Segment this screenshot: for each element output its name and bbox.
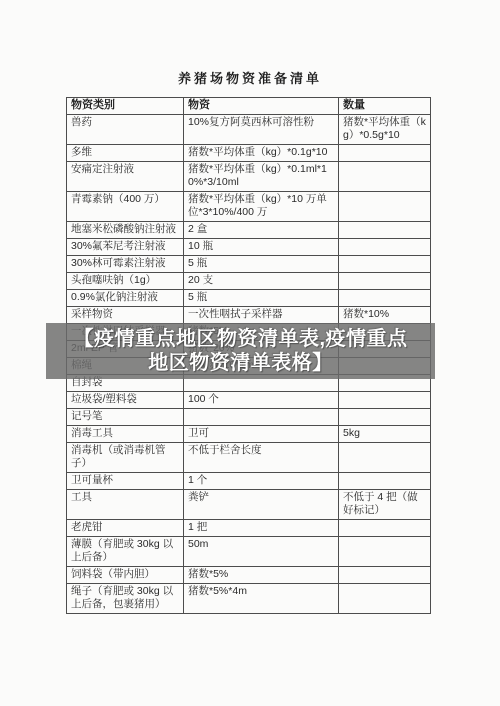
item-cell: 猪数*5%*4m	[184, 584, 339, 614]
item-cell	[184, 409, 339, 426]
category-cell: 饲料袋（带内胆）	[67, 567, 184, 584]
category-cell: 多维	[67, 145, 184, 162]
category-cell: 30%氟苯尼考注射液	[67, 239, 184, 256]
item-cell: 5 瓶	[184, 290, 339, 307]
header-quantity: 数量	[339, 98, 431, 115]
category-cell: 采样物资	[67, 307, 184, 324]
item-cell: 1 把	[184, 520, 339, 537]
item-cell: 20 支	[184, 273, 339, 290]
quantity-cell: 5kg	[339, 426, 431, 443]
quantity-cell	[339, 567, 431, 584]
category-cell: 30%林可霉素注射液	[67, 256, 184, 273]
header-category: 物资类别	[67, 98, 184, 115]
item-cell: 粪铲	[184, 490, 339, 520]
item-cell: 1 个	[184, 473, 339, 490]
item-cell: 2 盒	[184, 222, 339, 239]
quantity-cell	[339, 537, 431, 567]
category-cell: 卫可量杯	[67, 473, 184, 490]
page-title: 养猪场物资准备清单	[0, 68, 500, 87]
table-row: 饲料袋（带内胆）猪数*5%	[67, 567, 431, 584]
table-row: 兽药10%复方阿莫西林可溶性粉猪数*平均体重（kg）*0.5g*10	[67, 115, 431, 145]
table-row: 地塞米松磷酸钠注射液2 盒	[67, 222, 431, 239]
quantity-cell	[339, 290, 431, 307]
quantity-cell	[339, 520, 431, 537]
quantity-cell	[339, 162, 431, 192]
quantity-cell	[339, 273, 431, 290]
item-cell: 100 个	[184, 392, 339, 409]
category-cell: 绳子（育肥或 30kg 以上后备，包裹猪用）	[67, 584, 184, 614]
quantity-cell: 猪数*平均体重（kg）*0.5g*10	[339, 115, 431, 145]
category-cell: 记号笔	[67, 409, 184, 426]
watermark-text-line1: 【疫情重点地区物资清单表,疫情重点	[73, 327, 407, 351]
item-cell: 一次性咽拭子采样器	[184, 307, 339, 324]
category-cell: 地塞米松磷酸钠注射液	[67, 222, 184, 239]
category-cell: 垃圾袋/塑料袋	[67, 392, 184, 409]
table-row: 消毒机（或消毒机管子）不低于栏舍长度	[67, 443, 431, 473]
table-row: 卫可量杯1 个	[67, 473, 431, 490]
item-cell: 5 瓶	[184, 256, 339, 273]
item-cell: 10%复方阿莫西林可溶性粉	[184, 115, 339, 145]
table-row: 消毒工具卫可5kg	[67, 426, 431, 443]
quantity-cell	[339, 192, 431, 222]
table-row: 薄膜（育肥或 30kg 以上后备）50m	[67, 537, 431, 567]
table-row: 青霉素钠（400 万）猪数*平均体重（kg）*10 万单位*3*10%/400 …	[67, 192, 431, 222]
table-row: 30%氟苯尼考注射液10 瓶	[67, 239, 431, 256]
table-row: 30%林可霉素注射液5 瓶	[67, 256, 431, 273]
item-cell: 不低于栏舍长度	[184, 443, 339, 473]
category-cell: 兽药	[67, 115, 184, 145]
quantity-cell	[339, 239, 431, 256]
category-cell: 工具	[67, 490, 184, 520]
table-row: 头孢噻呋钠（1g）20 支	[67, 273, 431, 290]
table-row: 记号笔	[67, 409, 431, 426]
table-header-row: 物资类别 物资 数量	[67, 98, 431, 115]
item-cell: 猪数*平均体重（kg）*0.1ml*10%*3/10ml	[184, 162, 339, 192]
table-row: 安痛定注射液猪数*平均体重（kg）*0.1ml*10%*3/10ml	[67, 162, 431, 192]
table-row: 垃圾袋/塑料袋100 个	[67, 392, 431, 409]
item-cell: 50m	[184, 537, 339, 567]
table-row: 采样物资一次性咽拭子采样器猪数*10%	[67, 307, 431, 324]
quantity-cell	[339, 256, 431, 273]
category-cell: 消毒机（或消毒机管子）	[67, 443, 184, 473]
table-row: 0.9%氯化钠注射液5 瓶	[67, 290, 431, 307]
category-cell: 安痛定注射液	[67, 162, 184, 192]
category-cell: 0.9%氯化钠注射液	[67, 290, 184, 307]
quantity-cell	[339, 443, 431, 473]
item-cell: 猪数*平均体重（kg）*0.1g*10	[184, 145, 339, 162]
quantity-cell	[339, 392, 431, 409]
table-row: 老虎钳1 把	[67, 520, 431, 537]
watermark-text-line2: 地区物资清单表格】	[148, 351, 333, 375]
item-cell: 卫可	[184, 426, 339, 443]
item-cell: 猪数*平均体重（kg）*10 万单位*3*10%/400 万	[184, 192, 339, 222]
table-row: 绳子（育肥或 30kg 以上后备，包裹猪用）猪数*5%*4m	[67, 584, 431, 614]
quantity-cell	[339, 584, 431, 614]
category-cell: 青霉素钠（400 万）	[67, 192, 184, 222]
table-row: 多维猪数*平均体重（kg）*0.1g*10	[67, 145, 431, 162]
category-cell: 头孢噻呋钠（1g）	[67, 273, 184, 290]
quantity-cell	[339, 409, 431, 426]
item-cell: 猪数*5%	[184, 567, 339, 584]
quantity-cell: 不低于 4 把（做好标记）	[339, 490, 431, 520]
table-row: 工具粪铲不低于 4 把（做好标记）	[67, 490, 431, 520]
category-cell: 老虎钳	[67, 520, 184, 537]
item-cell: 10 瓶	[184, 239, 339, 256]
quantity-cell	[339, 473, 431, 490]
quantity-cell: 猪数*10%	[339, 307, 431, 324]
quantity-cell	[339, 222, 431, 239]
category-cell: 薄膜（育肥或 30kg 以上后备）	[67, 537, 184, 567]
category-cell: 消毒工具	[67, 426, 184, 443]
quantity-cell	[339, 145, 431, 162]
watermark-overlay: 【疫情重点地区物资清单表,疫情重点 地区物资清单表格】	[46, 323, 435, 379]
header-item: 物资	[184, 98, 339, 115]
document-page: 养猪场物资准备清单 物资类别 物资 数量 兽药10%复方阿莫西林可溶性粉猪数*平…	[0, 0, 500, 706]
